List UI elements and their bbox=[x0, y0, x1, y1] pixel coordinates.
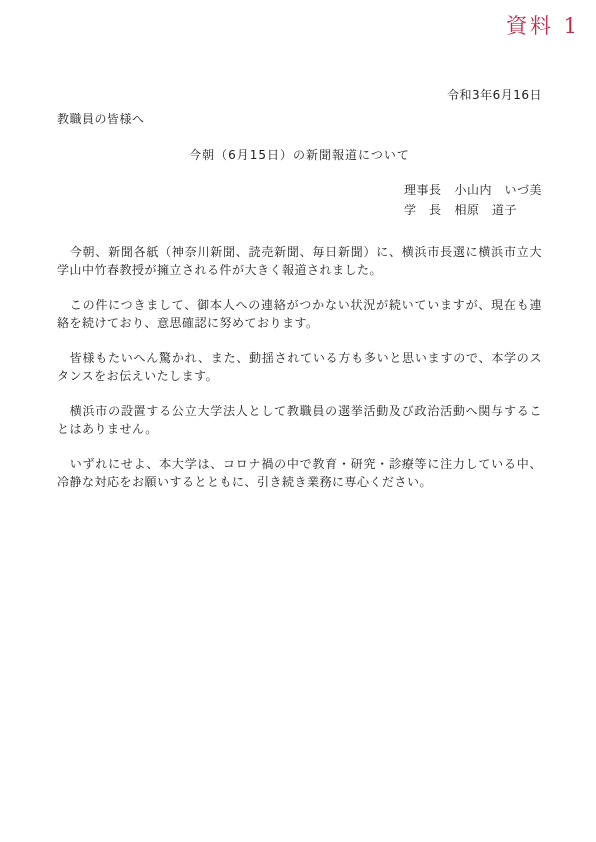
date-line: 令和3年6月16日 bbox=[57, 86, 542, 104]
body-paragraph: 皆様もたいへん驚かれ、また、動揺されている方も多いと思いますので、本学のスタンス… bbox=[57, 349, 542, 385]
signatory-name: 小山内 いづ美 bbox=[454, 180, 542, 200]
document-title: 今朝（6月15日）の新聞報道について bbox=[57, 146, 542, 164]
body-paragraph: 横浜市の設置する公立大学法人として教職員の選挙活動及び政治活動へ関与することはあ… bbox=[57, 402, 542, 438]
signature-line-president: 学 長 相原 道子 bbox=[404, 200, 542, 220]
body-paragraph: この件につきまして、御本人への連絡がつかない状況が続いていますが、現在も連絡を続… bbox=[57, 296, 542, 332]
signatory-role: 理事長 bbox=[404, 180, 442, 200]
body-paragraph: 今朝、新聞各紙（神奈川新聞、読売新聞、毎日新聞）に、横浜市長選に横浜市立大学山中… bbox=[57, 243, 542, 279]
reference-label: 資料 1 bbox=[506, 10, 580, 40]
document-content: 令和3年6月16日 教職員の皆様へ 今朝（6月15日）の新聞報道について 理事長… bbox=[57, 86, 542, 491]
signatory-name: 相原 道子 bbox=[454, 200, 517, 220]
signatory-role: 学 長 bbox=[404, 200, 442, 220]
signature-block: 理事長 小山内 いづ美 学 長 相原 道子 bbox=[404, 180, 542, 220]
document-page: 資料 1 令和3年6月16日 教職員の皆様へ 今朝（6月15日）の新聞報道につい… bbox=[0, 0, 596, 842]
body-paragraph: いずれにせよ、本大学は、コロナ禍の中で教育・研究・診療等に注力している中、冷静な… bbox=[57, 455, 542, 491]
recipient-line: 教職員の皆様へ bbox=[57, 110, 542, 128]
signature-line-chairperson: 理事長 小山内 いづ美 bbox=[404, 180, 542, 200]
